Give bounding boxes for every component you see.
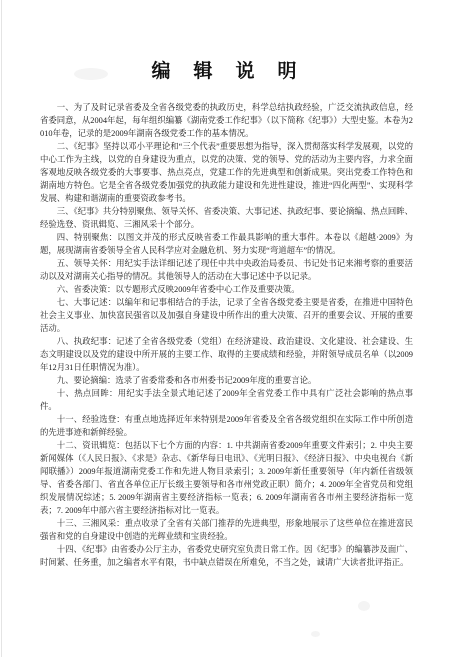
scan-edge-artifact — [1, 0, 2, 657]
paragraph-04: 四、特别聚焦：以图文并茂的形式反映省委工作最具影响的重大事件。本卷以《超越·20… — [40, 231, 413, 257]
paragraph-13: 十三、三湘风采：重点收录了全省有关部门推荐的先进典型，形象地展示了这些单位在推进… — [40, 517, 413, 543]
paragraph-01: 一、为了及时记录省委及全省各级党委的执政历史，科学总结执政经验，广泛交流执政信息… — [40, 101, 413, 140]
document-page: 编 辑 说 明 一、为了及时记录省委及全省各级党委的执政历史，科学总结执政经验，… — [0, 0, 450, 657]
scan-smudge — [311, 631, 320, 637]
paragraph-12: 十二、资讯辑览：包括以下七个方面的内容：1. 中共湖南省委2009年重要文件索引… — [40, 439, 413, 517]
scan-smudge — [358, 601, 370, 611]
paragraph-03: 三、《纪事》共分特别聚焦、领导关怀、省委决策、大事记述、执政纪事、要论摘编、热点… — [40, 205, 413, 231]
paragraph-02: 二、《纪事》坚持以邓小平理论和“三个代表”重要思想为指导，深入贯彻落实科学发展观… — [40, 140, 413, 205]
scan-smudge — [74, 68, 108, 80]
paragraph-08: 八、执政纪事：记述了全省各级党委（党组）在经济建设、政治建设、文化建设、社会建设… — [40, 335, 413, 374]
page-title: 编 辑 说 明 — [0, 56, 450, 83]
paragraph-10: 十、热点回眸：用纪实手法全景式地记述了2009年全省党委工作中具有广泛社会影响的… — [40, 387, 413, 413]
paragraph-05: 五、领导关怀：用纪实手法详细记述了现任中共中央政治局委员、书记处书记来湘考察的重… — [40, 257, 413, 283]
paragraph-11: 十一、经验选登：有重点地选择近年来特别是2009年省委及全省各级党组织在实际工作… — [40, 413, 413, 439]
paragraph-06: 六、省委决策：以专题形式反映2009年省委中心工作及重要决策。 — [40, 283, 413, 296]
document-body: 一、为了及时记录省委及全省各级党委的执政历史，科学总结执政经验，广泛交流执政信息… — [40, 101, 413, 569]
paragraph-07: 七、大事记述：以编年和记事相结合的手法，记录了全省各级党委主要是省委，在推进中国… — [40, 296, 413, 335]
paragraph-09: 九、要论摘编：选录了省委常委和各市州委书记2009年度的重要言论。 — [40, 374, 413, 387]
paragraph-14: 十四、《纪事》由省委办公厅主办，省委党史研究室负责日常工作。因《纪事》的编纂涉及… — [40, 543, 413, 569]
